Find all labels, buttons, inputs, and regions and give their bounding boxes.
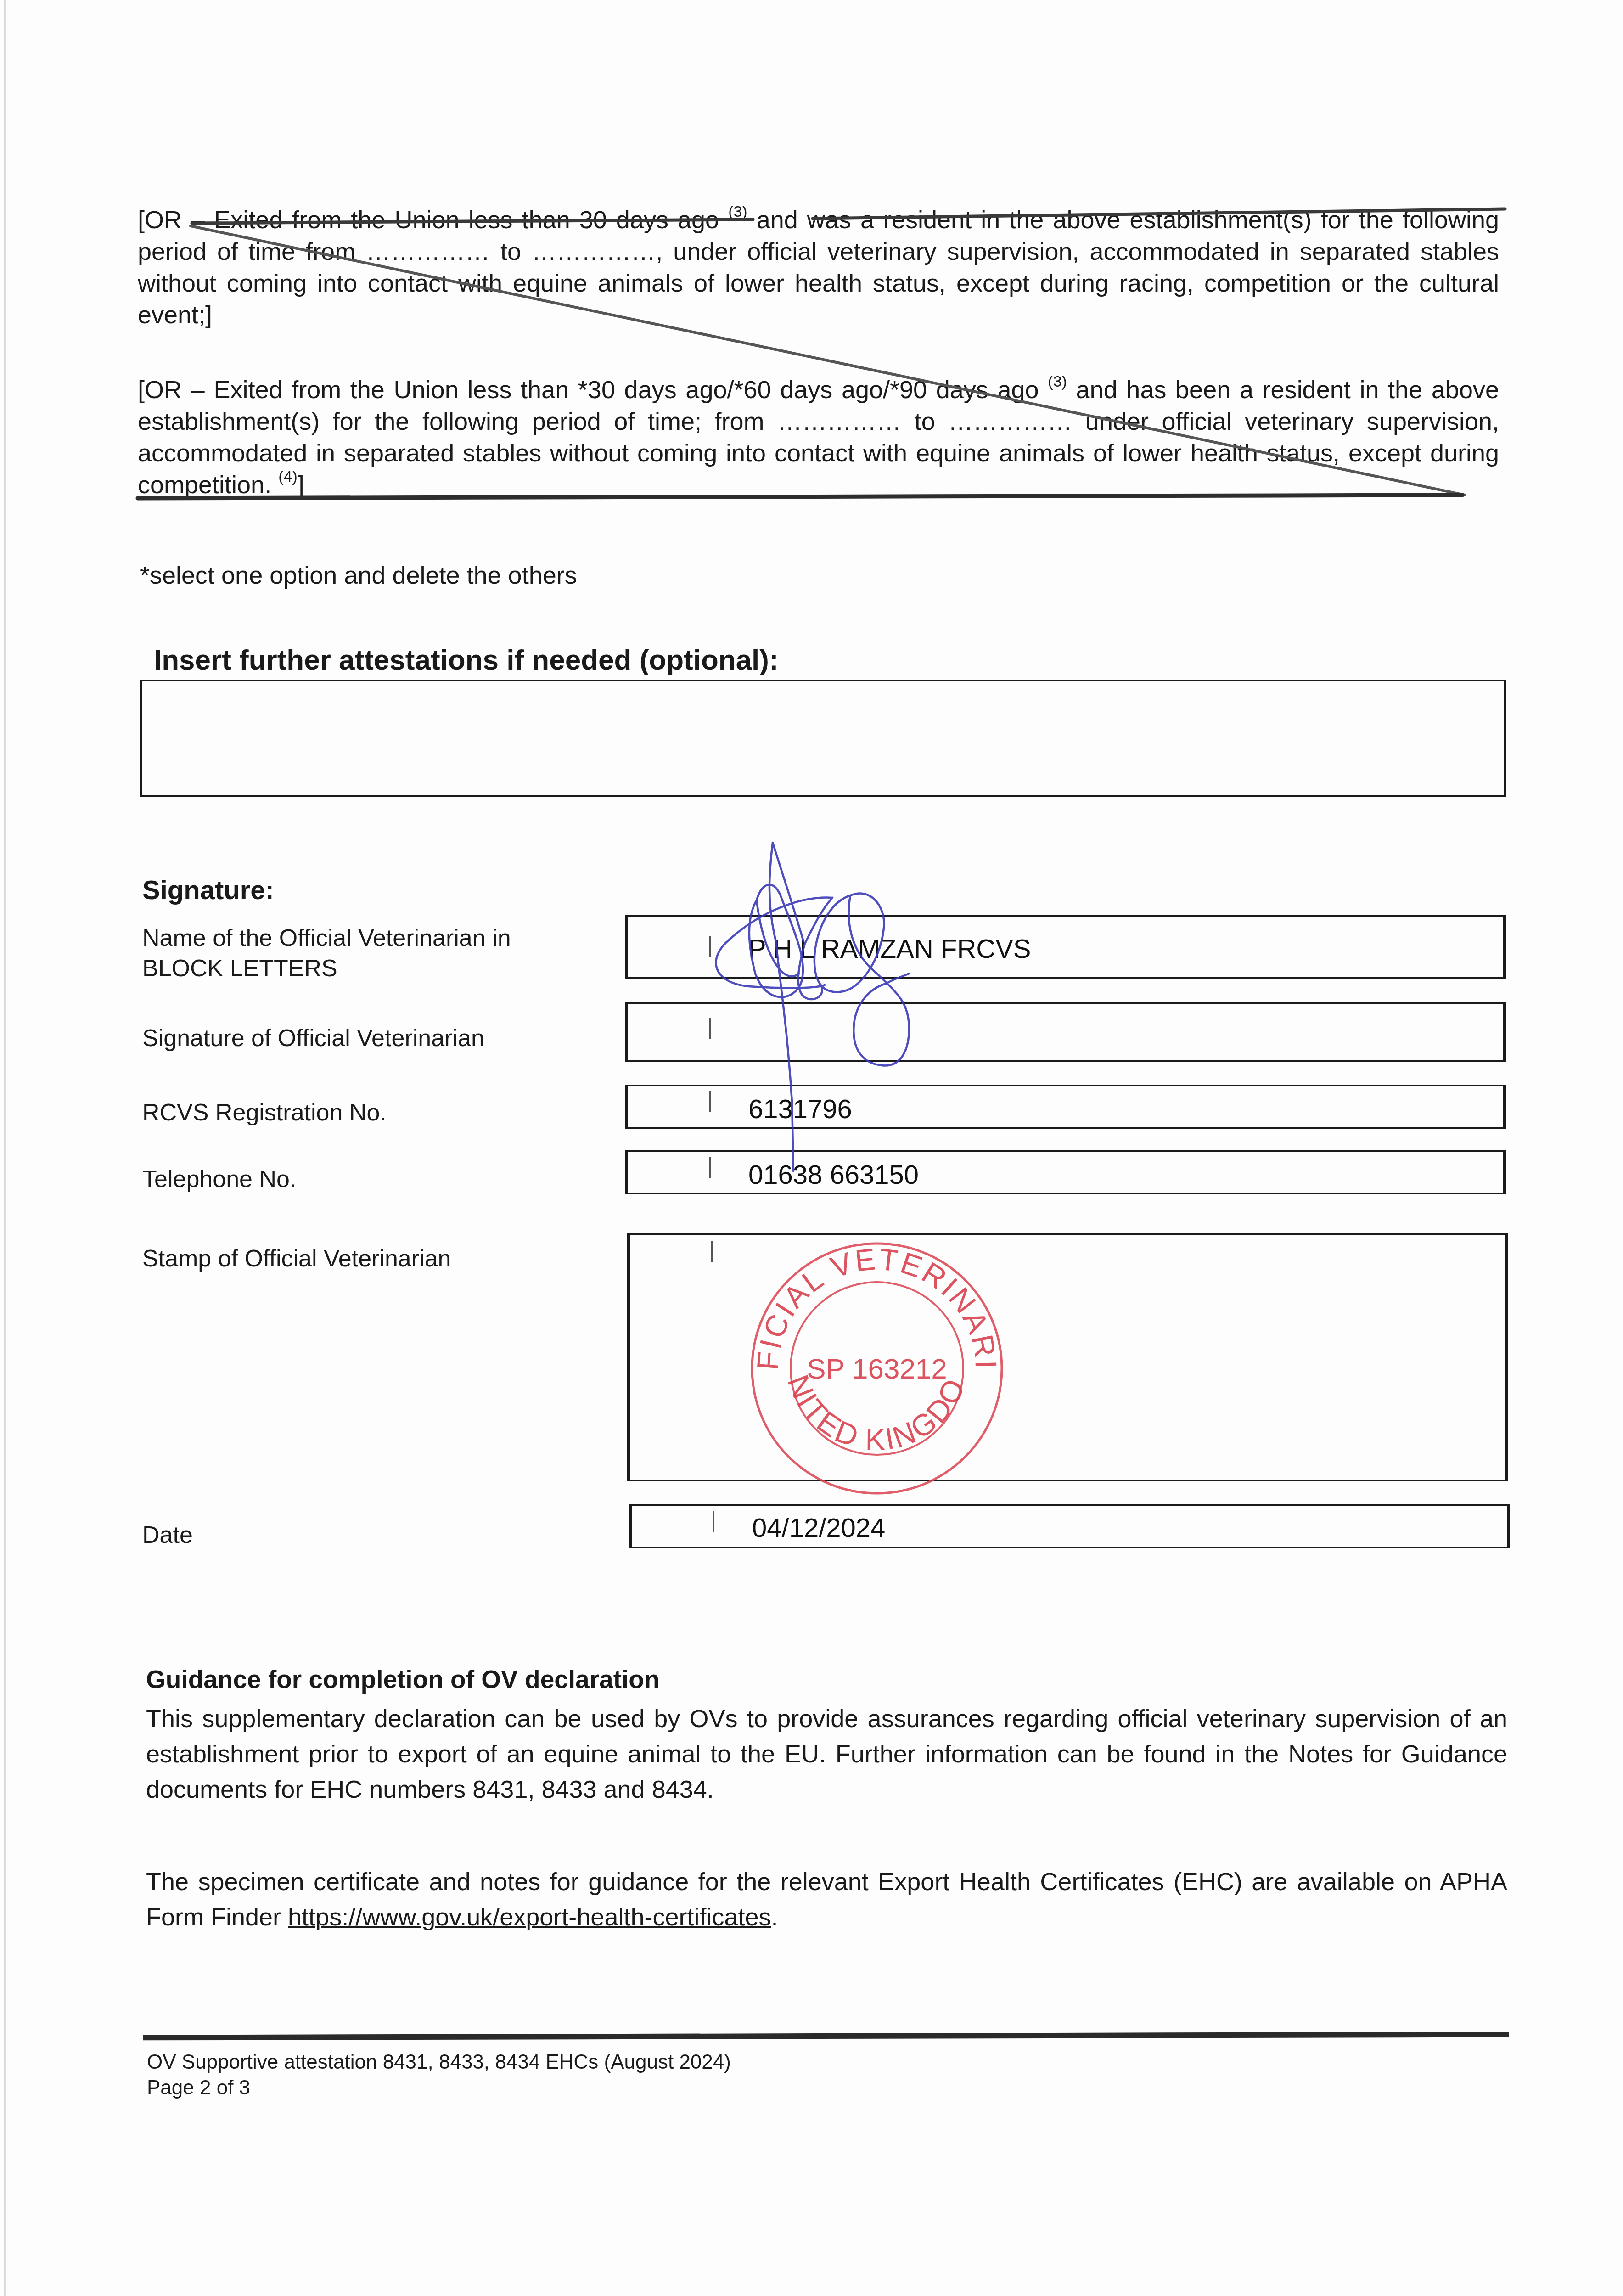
name-label: Name of the Official Veterinarian in BLO…	[142, 923, 511, 984]
further-attestations-heading: Insert further attestations if needed (o…	[154, 644, 779, 676]
name-label-line-1: Name of the Official Veterinarian in	[142, 923, 511, 953]
select-option-note: *select one option and delete the others	[140, 561, 577, 590]
footer-page-number: Page 2 of 3	[147, 2077, 250, 2099]
stamp-center-text: SP 163212	[807, 1353, 947, 1385]
option-2-text-c: ]	[298, 471, 304, 499]
signature-label: Signature of Official Veterinarian	[142, 1023, 484, 1053]
stamp-top-text: OFFICIAL VETERINARIAN	[726, 1203, 1003, 1371]
scan-edge	[4, 0, 6, 2296]
attestation-option-1: [OR – Exited from the Union less than 30…	[138, 204, 1499, 331]
attestation-option-2: [OR – Exited from the Union less than *3…	[138, 374, 1499, 501]
footer-document-title: OV Supportive attestation 8431, 8433, 84…	[147, 2051, 731, 2074]
svg-text:OFFICIAL VETERINARIAN: OFFICIAL VETERINARIAN	[726, 1203, 1003, 1371]
official-veterinarian-stamp: OFFICIAL VETERINARIAN UNITED KINGDOM SP …	[739, 1231, 1015, 1506]
option-2-text-a: [OR – Exited from the Union less than *3…	[138, 376, 1048, 404]
further-attestations-field[interactable]	[140, 680, 1506, 797]
footnote-ref-3: (3)	[728, 203, 747, 220]
handwritten-signature	[689, 836, 1102, 1203]
export-health-certificates-link[interactable]: https://www.gov.uk/export-health-certifi…	[288, 1903, 771, 1931]
rcvs-label: RCVS Registration No.	[142, 1097, 387, 1128]
text-cursor-icon	[711, 1241, 713, 1262]
guidance-paragraph-2-end: .	[771, 1903, 778, 1931]
name-label-line-2: BLOCK LETTERS	[142, 953, 511, 984]
footer-divider	[143, 2032, 1509, 2041]
date-field[interactable]: 04/12/2024	[629, 1504, 1510, 1548]
option-1-struck-text: Exited from the Union less than 30 days …	[214, 206, 728, 234]
signature-heading: Signature:	[142, 875, 274, 906]
guidance-paragraph-2: The specimen certificate and notes for g…	[146, 1864, 1507, 1935]
telephone-label: Telephone No.	[142, 1164, 296, 1194]
guidance-paragraph-1: This supplementary declaration can be us…	[146, 1701, 1507, 1807]
option-1-prefix: [OR –	[138, 206, 214, 234]
footnote-ref-3: (3)	[1048, 373, 1067, 390]
text-cursor-icon	[713, 1511, 714, 1532]
date-value: 04/12/2024	[752, 1513, 885, 1543]
guidance-heading: Guidance for completion of OV declaratio…	[146, 1665, 659, 1694]
option-1-struck-text-2: and was a resident in the above establis…	[747, 206, 1393, 234]
footnote-ref-4: (4)	[278, 468, 298, 485]
stamp-label: Stamp of Official Veterinarian	[142, 1244, 451, 1274]
date-label: Date	[142, 1520, 193, 1550]
